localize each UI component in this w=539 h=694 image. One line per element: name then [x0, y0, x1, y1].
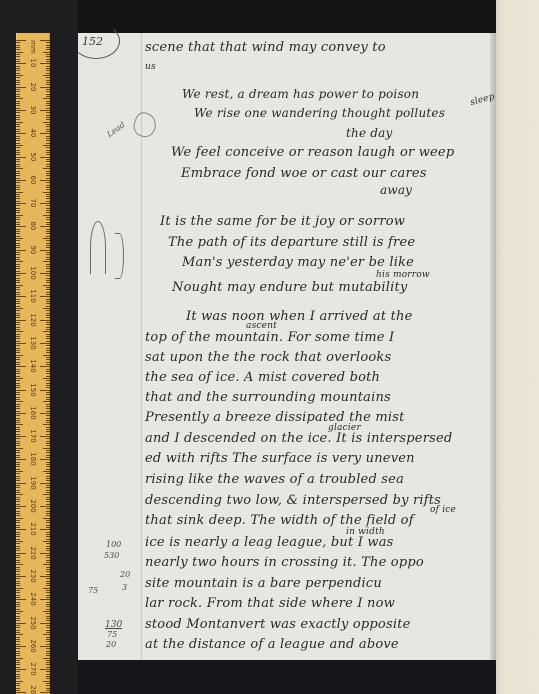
ruler-tick [16, 196, 20, 197]
ruler-tick [46, 536, 50, 537]
ruler-tick [16, 518, 23, 519]
ruler-tick [46, 268, 50, 269]
ruler-tick [16, 187, 20, 188]
ruler-tick [16, 117, 20, 118]
ruler-tick [46, 324, 50, 325]
ruler-tick [46, 352, 50, 353]
ruler-tick [16, 112, 20, 113]
ruler-tick [46, 124, 50, 125]
ruler-tick [46, 595, 50, 596]
ruler-tick [16, 324, 20, 325]
ruler-tick-label: 110 [29, 288, 37, 304]
ruler-tick [16, 122, 23, 123]
manuscript-line: It is the same for be it joy or sorrow [160, 214, 405, 229]
ruler-tick [43, 541, 50, 542]
ruler-tick [40, 40, 50, 41]
ruler-tick [46, 287, 50, 288]
ruler-tick [46, 539, 50, 540]
ruler-tick [16, 294, 20, 295]
ruler-tick [46, 683, 50, 684]
page-edge [490, 33, 496, 660]
ruler-tick [46, 229, 50, 230]
ruler-tick [46, 431, 50, 432]
ruler-tick [46, 464, 50, 465]
ruler-tick [16, 550, 20, 551]
manuscript-line: us [145, 62, 156, 72]
ruler-tick [46, 252, 50, 253]
ruler-tick [46, 59, 50, 60]
ruler-tick [46, 82, 50, 83]
ruler-tick [46, 543, 50, 544]
ruler-tick [46, 364, 50, 365]
ruler-tick [43, 98, 50, 99]
ruler-tick [46, 222, 50, 223]
ruler-tick [16, 245, 20, 246]
ruler-tick [16, 471, 23, 472]
ruler-tick [16, 392, 20, 393]
ruler-tick [16, 275, 20, 276]
ruler-tick [16, 501, 20, 502]
manuscript-line: away [380, 183, 412, 197]
ruler-tick [40, 296, 50, 297]
ruler-tick [46, 641, 50, 642]
ruler-tick [16, 185, 20, 186]
ruler-tick [16, 259, 20, 260]
ruler-tick [16, 91, 20, 92]
ruler-tick [46, 560, 50, 561]
ruler-tick [16, 96, 20, 97]
ruler-tick [46, 84, 50, 85]
ruler-tick [43, 681, 50, 682]
ruler-tick [46, 54, 50, 55]
ruler-tick [46, 236, 50, 237]
ruler-tick-label: 140 [29, 358, 37, 374]
ruler-tick-label: 150 [29, 382, 37, 398]
ruler-tick [46, 450, 50, 451]
ruler-tick [46, 497, 50, 498]
ruler-tick [46, 562, 50, 563]
ruler-tick [16, 401, 23, 402]
ruler-tick [40, 343, 50, 344]
ruler-tick [40, 646, 50, 647]
ruler-tick [46, 357, 50, 358]
ruler-tick [16, 692, 26, 693]
ruler-tick [16, 178, 20, 179]
ruler-tick [16, 399, 20, 400]
ruler-tick [46, 630, 50, 631]
ruler-tick [40, 203, 50, 204]
ruler-tick [16, 94, 20, 95]
ruler-tick [16, 133, 26, 134]
ruler-tick [16, 455, 20, 456]
ruler-tick [16, 494, 23, 495]
ruler-tick [16, 299, 20, 300]
ruler-tick [46, 399, 50, 400]
ruler-tick [16, 604, 20, 605]
ruler-tick [16, 418, 20, 419]
ruler-tick [46, 147, 50, 148]
ruler-tick [16, 355, 23, 356]
ruler-tick [16, 47, 20, 48]
ruler-tick [16, 108, 20, 109]
ruler-tick [16, 264, 20, 265]
ruler-tick [46, 651, 50, 652]
ruler-tick [46, 166, 50, 167]
ruler-tick [46, 150, 50, 151]
ruler-tick [16, 189, 20, 190]
ruler-tick [16, 632, 20, 633]
ruler-tick [16, 578, 20, 579]
manuscript-line: We rise one wandering thought pollutes [194, 106, 445, 120]
ruler-tick [16, 411, 20, 412]
folio-number: 152 [82, 35, 103, 48]
manuscript-line: Man's yesterday may ne'er be like [182, 255, 414, 270]
ruler-tick [16, 560, 20, 561]
ruler-tick [16, 282, 20, 283]
ruler-tick [16, 166, 20, 167]
manuscript-line: rising like the waves of a troubled sea [145, 472, 404, 487]
ruler-tick [16, 331, 23, 332]
ruler-tick [46, 644, 50, 645]
ruler-tick [46, 418, 50, 419]
ruler-tick [16, 371, 20, 372]
ruler-tick [16, 653, 20, 654]
ruler-tick [46, 639, 50, 640]
ruler-tick [16, 616, 20, 617]
manuscript-line: sat upon the the rock that overlooks [145, 350, 391, 365]
ruler-tick [40, 273, 50, 274]
ruler-tick [16, 648, 20, 649]
ruler-tick [16, 625, 20, 626]
ruler-tick [16, 385, 20, 386]
ruler-tick [46, 404, 50, 405]
ruler-tick [46, 369, 50, 370]
ruler-tick [46, 313, 50, 314]
ruler-tick [16, 387, 20, 388]
ruler-tick [46, 301, 50, 302]
ruler-tick [16, 140, 20, 141]
ruler-tick [46, 140, 50, 141]
ruler-tick [46, 678, 50, 679]
ruler-tick [46, 45, 50, 46]
ruler-tick [16, 529, 26, 530]
ruler-tick [16, 623, 26, 624]
manuscript-line: Nought may endure but mutability [172, 280, 407, 295]
ruler-tick [16, 226, 26, 227]
ruler-tick [16, 595, 20, 596]
ruler-tick [46, 196, 50, 197]
ruler-tick [46, 574, 50, 575]
ruler-tick [46, 466, 50, 467]
margin-sum: 530 [104, 551, 119, 560]
ruler-tick [16, 247, 20, 248]
ruler-tick [16, 345, 20, 346]
ruler-tick [46, 161, 50, 162]
ruler-tick [16, 66, 20, 67]
ruler-tick [16, 662, 20, 663]
ruler-tick [46, 152, 50, 153]
manuscript-page: 152 Lead scene that that wind may convey… [78, 33, 496, 660]
ruler-tick [16, 445, 20, 446]
ruler-tick [46, 511, 50, 512]
ruler-tick [16, 210, 20, 211]
ruler-tick-label: 100 [29, 265, 37, 281]
ruler-tick [46, 210, 50, 211]
ruler-tick [16, 40, 26, 41]
ruler-tick [16, 452, 20, 453]
ruler-tick-label: 10 [29, 55, 37, 71]
ruler-tick [16, 508, 20, 509]
ruler-tick [46, 655, 50, 656]
ruler-tick [16, 373, 20, 374]
ruler-tick [46, 469, 50, 470]
ruler-tick-label: 30 [29, 102, 37, 118]
ruler-tick [16, 553, 26, 554]
ruler-tick [46, 282, 50, 283]
manuscript-line: site mountain is a bare perpendicu [145, 576, 382, 591]
ruler-tick [46, 394, 50, 395]
ruler-tick [46, 185, 50, 186]
ruler-tick [46, 362, 50, 363]
ruler-tick [46, 119, 50, 120]
ruler-tick [16, 438, 20, 439]
ruler-tick [46, 306, 50, 307]
ruler-tick [46, 208, 50, 209]
ruler-tick [46, 245, 50, 246]
ruler-tick [46, 178, 50, 179]
ruler-tick [16, 308, 23, 309]
ruler-tick [16, 192, 23, 193]
ruler-tick [16, 606, 20, 607]
manuscript-line: Embrace fond woe or cast our cares [181, 166, 427, 181]
ruler-tick [46, 532, 50, 533]
ruler-tick [16, 215, 23, 216]
ruler-tick [16, 534, 20, 535]
ruler-tick-label: 270 [29, 661, 37, 677]
ruler-tick [16, 327, 20, 328]
ruler-tick [46, 522, 50, 523]
ruler-tick [46, 66, 50, 67]
ruler-tick [16, 513, 20, 514]
ruler-tick-label: 60 [29, 172, 37, 188]
ruler-tick [16, 313, 20, 314]
ruler-tick [46, 590, 50, 591]
ruler-tick [46, 422, 50, 423]
ruler-tick [16, 49, 20, 50]
ruler-tick [46, 671, 50, 672]
ruler-tick [16, 415, 20, 416]
ruler-tick [40, 366, 50, 367]
ruler-tick [46, 569, 50, 570]
ruler-tick [40, 553, 50, 554]
ruler-tick [16, 301, 20, 302]
ruler-tick [46, 455, 50, 456]
ruler-tick [16, 459, 26, 460]
ruler-tick [46, 164, 50, 165]
ruler-tick [40, 110, 50, 111]
manuscript-line: We feel conceive or reason laugh or weep [171, 145, 454, 160]
ruler-tick [43, 494, 50, 495]
dark-background-top [78, 0, 496, 33]
ruler-tick [46, 189, 50, 190]
ruler-tick [40, 529, 50, 530]
ruler-tick [16, 369, 20, 370]
ruler-tick [46, 427, 50, 428]
ruler-tick [46, 441, 50, 442]
ruler-tick [46, 457, 50, 458]
ruler-tick [46, 434, 50, 435]
ruler-tick [46, 108, 50, 109]
ruler-tick [46, 592, 50, 593]
ruler-tick [46, 292, 50, 293]
ruler-tick-label: 250 [29, 615, 37, 631]
ruler-tick [46, 585, 50, 586]
manuscript-line: stood Montanvert was exactly opposite [145, 617, 411, 632]
ruler-tick [16, 252, 20, 253]
ruler-tick [16, 150, 20, 151]
ruler-tick [16, 569, 20, 570]
ruler-tick [16, 110, 26, 111]
ruler-tick [16, 173, 20, 174]
ruler-tick [46, 240, 50, 241]
margin-sum: 3 [122, 583, 127, 592]
margin-sum: 20 [106, 640, 116, 649]
ruler-tick [16, 397, 20, 398]
ruler-tick [46, 47, 50, 48]
ruler-tick [16, 611, 23, 612]
ruler-tick [16, 380, 20, 381]
ruler-tick [16, 436, 26, 437]
ruler-tick [16, 473, 20, 474]
ruler-tick [16, 383, 20, 384]
ruler-tick [46, 91, 50, 92]
ruler-tick [46, 408, 50, 409]
ruler-tick [16, 145, 23, 146]
ruler-tick [46, 487, 50, 488]
ruler-tick [46, 315, 50, 316]
ruler-tick [16, 296, 26, 297]
ruler-tick [43, 378, 50, 379]
ruler-tick [46, 676, 50, 677]
ruler-tick [46, 271, 50, 272]
manuscript-line: ed with rifts The surface is very uneven [145, 451, 415, 466]
ruler-tick [16, 476, 20, 477]
ruler-tick [46, 212, 50, 213]
ruler-tick [46, 96, 50, 97]
ruler-tick [16, 520, 20, 521]
ruler-tick [16, 250, 26, 251]
ruler-tick [16, 129, 20, 130]
ruler-tick [43, 192, 50, 193]
ruler-tick [16, 480, 20, 481]
ruler-tick [16, 278, 20, 279]
measuring-ruler: mm 1020304050607080901001101201301401501… [16, 33, 50, 694]
margin-sketch-text: Lead [105, 120, 126, 139]
ruler-tick [40, 483, 50, 484]
ruler-tick [16, 688, 20, 689]
manuscript-line: and I descended on the ice. It is inters… [145, 431, 452, 446]
ruler-tick [16, 303, 20, 304]
ruler-tick [46, 490, 50, 491]
ruler-tick [46, 515, 50, 516]
ruler-tick [46, 317, 50, 318]
ruler-tick [46, 371, 50, 372]
ruler-tick [16, 618, 20, 619]
ruler-tick [16, 651, 20, 652]
ruler-tick-label: 260 [29, 638, 37, 654]
ruler-tick [16, 390, 26, 391]
ruler-tick [46, 660, 50, 661]
ruler-tick [16, 406, 20, 407]
ruler-tick [40, 692, 50, 693]
ruler-tick [46, 473, 50, 474]
ruler-tick [16, 287, 20, 288]
margin-sketch-leaf [131, 110, 160, 140]
ruler-tick [16, 143, 20, 144]
ruler-tick [16, 364, 20, 365]
ruler-tick [46, 336, 50, 337]
ruler-tick [46, 420, 50, 421]
ruler-tick [40, 413, 50, 414]
ruler-tick [16, 338, 20, 339]
ruler-tick [16, 469, 20, 470]
ruler-tick [16, 205, 20, 206]
ruler-tick [46, 80, 50, 81]
ruler-tick [16, 182, 20, 183]
ruler-tick [16, 208, 20, 209]
ruler-tick [46, 571, 50, 572]
ruler-tick-label: 160 [29, 405, 37, 421]
ruler-tick [16, 84, 20, 85]
ruler-tick [43, 564, 50, 565]
manuscript-line: lar rock. From that side where I now [145, 596, 395, 611]
ruler-tick-label: 200 [29, 498, 37, 514]
ruler-tick [16, 660, 20, 661]
ruler-tick [16, 630, 20, 631]
ruler-tick [46, 187, 50, 188]
ruler-tick [46, 359, 50, 360]
ruler-tick [16, 257, 20, 258]
ruler-tick [46, 508, 50, 509]
ruler-tick [16, 576, 26, 577]
ruler-tick [16, 581, 20, 582]
ruler-tick [46, 690, 50, 691]
ruler-tick [46, 299, 50, 300]
ruler-tick [43, 285, 50, 286]
ruler-tick [16, 443, 20, 444]
ruler-tick [16, 564, 23, 565]
ruler-tick [16, 639, 20, 640]
ruler-tick-label: 40 [29, 125, 37, 141]
ruler-tick [16, 655, 20, 656]
ruler-tick [46, 606, 50, 607]
ruler-tick [16, 464, 20, 465]
ruler-tick [16, 285, 23, 286]
ruler-tick [46, 411, 50, 412]
ruler-tick [16, 597, 20, 598]
ruler-unit-label: mm [29, 39, 37, 55]
ruler-tick [40, 669, 50, 670]
manuscript-line: the sea of ice. A mist covered both [145, 370, 380, 385]
ruler-tick [46, 159, 50, 160]
ruler-tick [46, 254, 50, 255]
ruler-tick [16, 101, 20, 102]
ruler-tick [46, 257, 50, 258]
ruler-tick [43, 588, 50, 589]
ruler-tick [46, 219, 50, 220]
ruler-tick [16, 317, 20, 318]
ruler-tick [16, 532, 20, 533]
